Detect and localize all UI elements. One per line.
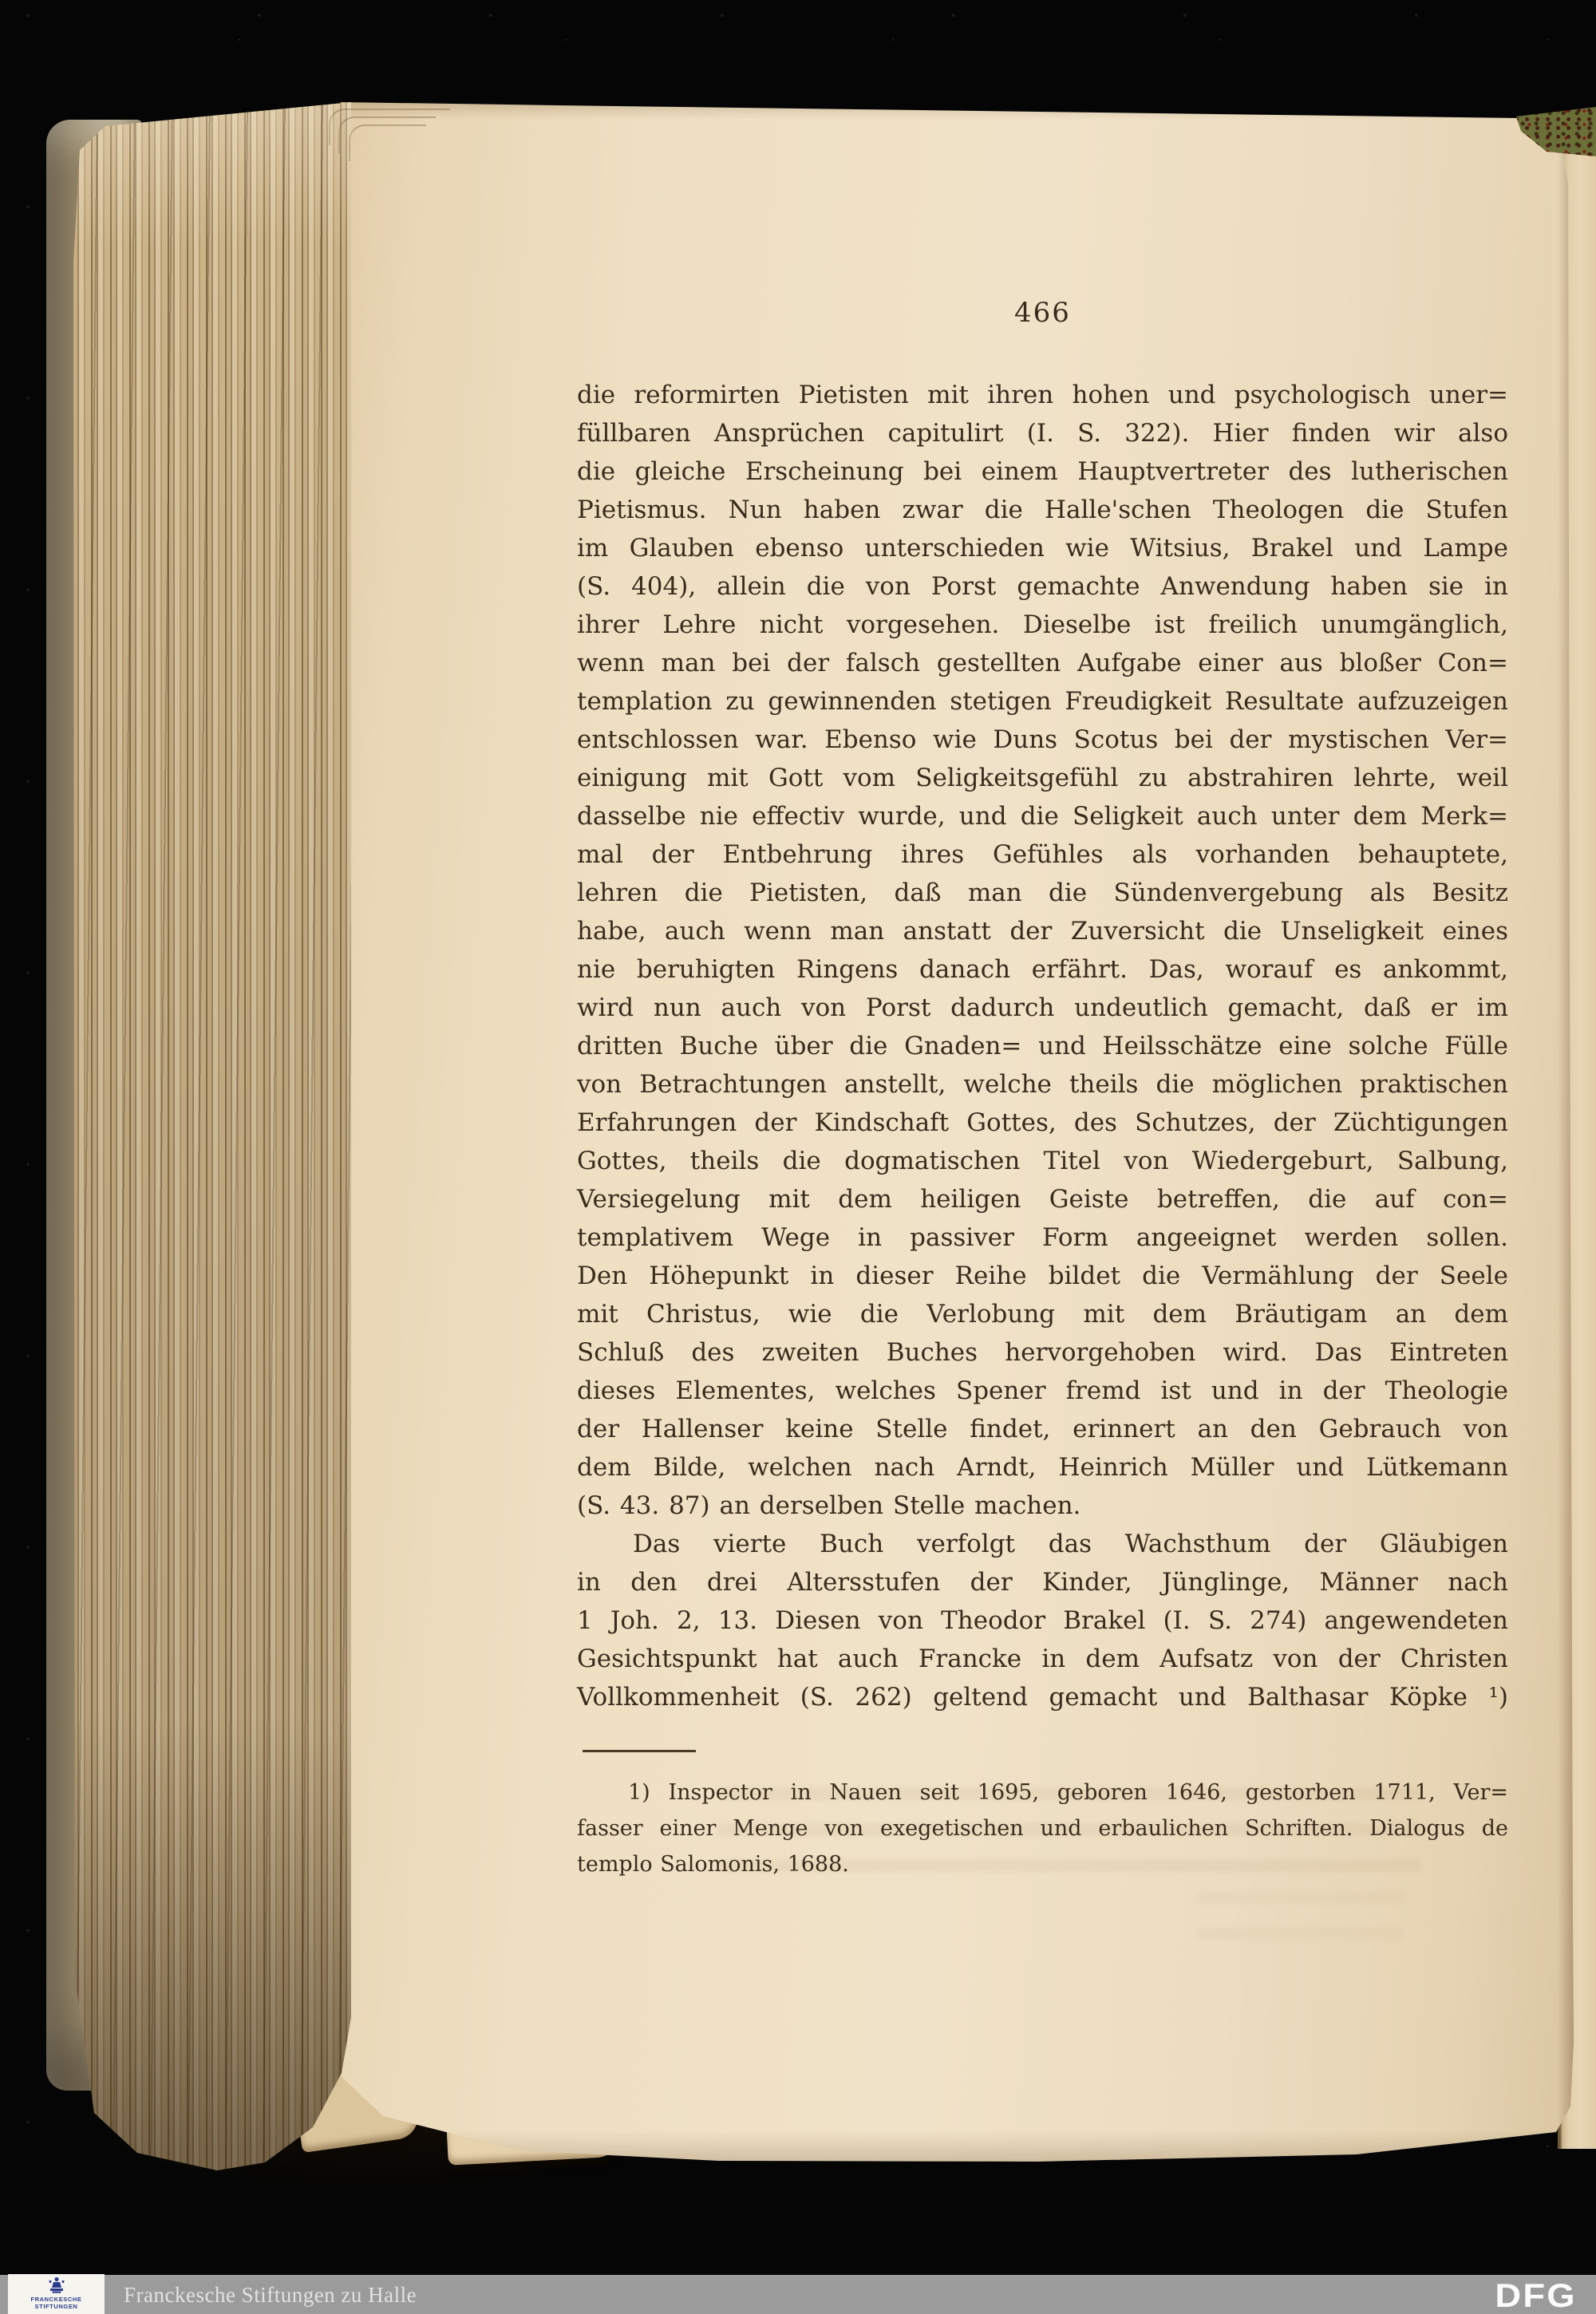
body-text: die reformirten Pietisten mit ihren hohe… [577, 376, 1508, 1716]
text-line: einigung mit Gott vom Seligkeitsgefühl z… [577, 759, 1508, 797]
sheet-layer-line [349, 124, 426, 161]
text-line: der Hallenser keine Stelle findet, erinn… [577, 1410, 1508, 1448]
paragraph: Das vierte Buch verfolgt das Wachsthum d… [577, 1525, 1508, 1716]
logo-caption-line2: STIFTUNGEN [35, 2304, 78, 2311]
text-line: Das vierte Buch verfolgt das Wachsthum d… [577, 1525, 1508, 1563]
text-line: Erfahrungen der Kindschaft Gottes, des S… [577, 1104, 1508, 1142]
text-line: dieses Elementes, welches Spener fremd i… [577, 1372, 1508, 1410]
text-line: die gleiche Erscheinung bei einem Hauptv… [577, 452, 1508, 491]
text-line: lehren die Pietisten, daß man die Sünden… [577, 874, 1508, 912]
text-line: Versiegelung mit dem heiligen Geiste bet… [577, 1180, 1508, 1218]
text-line: dasselbe nie effectiv wurde, und die Sel… [577, 797, 1508, 835]
digitized-book-scan: 466 die reformirten Pietisten mit ihren … [0, 0, 1596, 2314]
text-line: wenn man bei der falsch gestellten Aufga… [577, 644, 1508, 682]
text-line: nie beruhigten Ringens danach erfährt. D… [577, 950, 1508, 989]
text-line: mal der Entbehrung ihres Gefühles als vo… [577, 835, 1508, 874]
fore-edge-page-stack [73, 102, 351, 2170]
text-line: dem Bilde, welchen nach Arndt, Heinrich … [577, 1448, 1508, 1487]
institution-logo-box: FRANCKESCHE STIFTUNGEN [8, 2274, 105, 2314]
text-line: Den Höhepunkt in dieser Reihe bildet die… [577, 1257, 1508, 1295]
text-line: dritten Buche über die Gnaden= und Heils… [577, 1027, 1508, 1065]
footnote-line: fasser einer Menge von exegetischen und … [577, 1811, 1508, 1846]
text-line: die reformirten Pietisten mit ihren hohe… [577, 376, 1508, 414]
verso-bleed-through [1197, 1891, 1404, 1947]
text-line: im Glauben ebenso unterschieden wie Wits… [577, 529, 1508, 567]
text-line: füllbaren Ansprüchen capitulirt (I. S. 3… [577, 414, 1508, 452]
text-line: mit Christus, wie die Verlobung mit dem … [577, 1295, 1508, 1333]
institution-name: Franckesche Stiftungen zu Halle [124, 2283, 417, 2308]
footnote-line: templo Salomonis, 1688. [577, 1846, 1508, 1882]
text-line: wird nun auch von Porst dadurch undeutli… [577, 989, 1508, 1027]
footer-bar: FRANCKESCHE STIFTUNGEN Franckesche Stift… [0, 2275, 1596, 2314]
footnote-text: 1) Inspector in Nauen seit 1695, geboren… [577, 1775, 1508, 1882]
text-line: templativem Wege in passiver Form angeei… [577, 1218, 1508, 1257]
text-line: Schluß des zweiten Buches hervorgehoben … [577, 1333, 1508, 1372]
text-line: Pietismus. Nun haben zwar die Halle'sche… [577, 491, 1508, 529]
text-line: (S. 43. 87) an derselben Stelle machen. [577, 1487, 1508, 1525]
footnote-line: 1) Inspector in Nauen seit 1695, geboren… [577, 1775, 1508, 1811]
footnote-separator-rule [583, 1750, 696, 1752]
text-line: Vollkommenheit (S. 262) geltend gemacht … [577, 1678, 1508, 1716]
paragraph: die reformirten Pietisten mit ihren hohe… [577, 376, 1508, 1525]
text-line: (S. 404), allein die von Porst gemachte … [577, 567, 1508, 606]
text-line: Gottes, theils die dogmatischen Titel vo… [577, 1142, 1508, 1180]
page-number: 466 [577, 297, 1508, 329]
text-line: ihrer Lehre nicht vorgesehen. Dieselbe i… [577, 606, 1508, 644]
franckesche-stiftungen-logo-icon [46, 2276, 67, 2296]
text-line: Gesichtspunkt hat auch Francke in dem Au… [577, 1640, 1508, 1678]
text-line: habe, auch wenn man anstatt der Zuversic… [577, 912, 1508, 950]
dfg-logo: DFG [1495, 2276, 1577, 2314]
text-line: entschlossen war. Ebenso wie Duns Scotus… [577, 721, 1508, 759]
text-line: in den drei Altersstufen der Kinder, Jün… [577, 1563, 1508, 1601]
text-line: templation zu gewinnenden stetigen Freud… [577, 682, 1508, 721]
text-line: von Betrachtungen anstellt, welche theil… [577, 1065, 1508, 1104]
text-line: 1 Joh. 2, 13. Diesen von Theodor Brakel … [577, 1601, 1508, 1640]
